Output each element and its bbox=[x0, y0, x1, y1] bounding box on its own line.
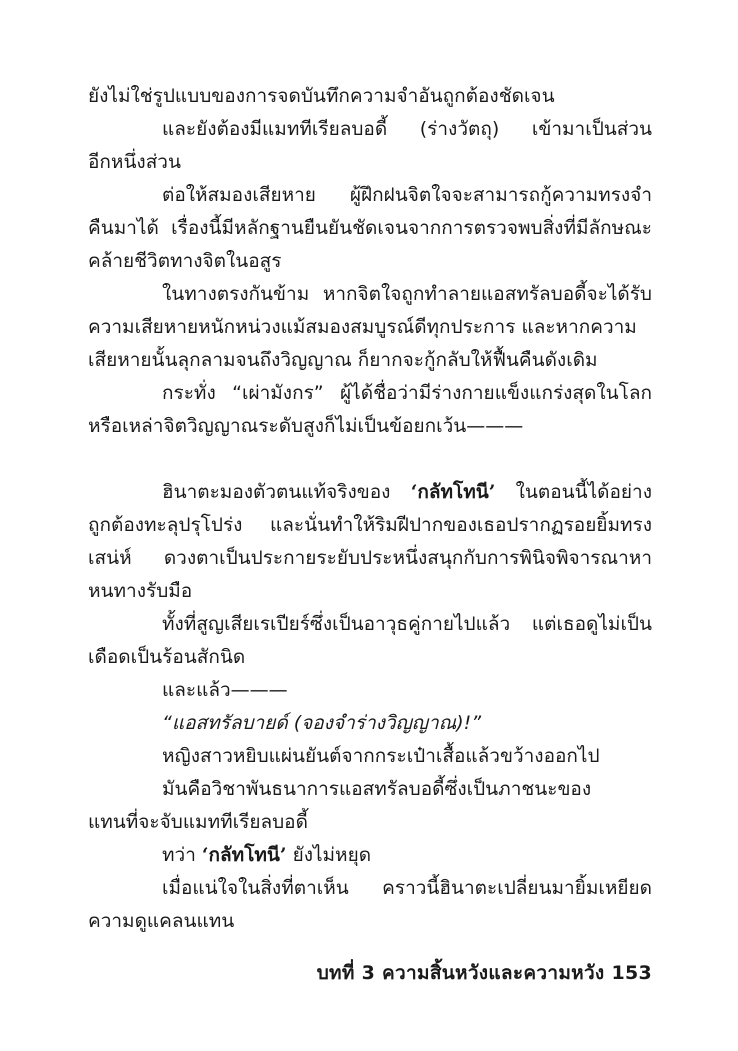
text-line: อีกหนึ่งส่วน bbox=[88, 146, 652, 179]
text-segment: ในตอนนี้ได้อย่าง bbox=[495, 481, 652, 503]
text-line: ความดูแคลนแทน bbox=[88, 905, 652, 938]
paragraph-start: ในทางตรงกันข้าม หากจิตใจถูกทำลายแอสทรัลบ… bbox=[88, 278, 652, 311]
text-line: แทนที่จะจับแมททีเรียลบอดี้ bbox=[88, 806, 652, 839]
page-body: ยังไม่ใช่รูปแบบของการจดบันทึกความจำอันถู… bbox=[88, 80, 652, 938]
paragraph-start: ทว่า ‘กลัทโทนี’ ยังไม่หยุด bbox=[88, 839, 652, 872]
page-number: 153 bbox=[611, 962, 652, 984]
text-line: คล้ายชีวิตทางจิตในอสูร bbox=[88, 245, 652, 278]
text-line: เสน่ห์ ดวงตาเป็นประกายระยับประหนึ่งสนุกก… bbox=[88, 542, 652, 575]
paragraph-start: ทั้งที่สูญเสียเรเปียร์ซึ่งเป็นอาวุธคู่กา… bbox=[88, 608, 652, 641]
spell-incantation: “แอสทรัลบายด์ (จองจำร่างวิญญาณ)!” bbox=[88, 707, 652, 740]
section-break bbox=[88, 443, 652, 476]
paragraph-start: ฮินาตะมองตัวตนแท้จริงของ ‘กลัทโทนี’ ในตอ… bbox=[88, 476, 652, 509]
text-line: หรือเหล่าจิตวิญญาณระดับสูงก็ไม่เป็นข้อยก… bbox=[88, 410, 652, 443]
text-segment: ยังไม่หยุด bbox=[287, 844, 372, 866]
character-name: ‘กลัทโทนี’ bbox=[411, 481, 496, 503]
text-line: เสียหายนั้นลุกลามจนถึงวิญญาณ ก็ยากจะกู้ก… bbox=[88, 344, 652, 377]
text-segment: ฮินาตะมองตัวตนแท้จริงของ bbox=[162, 481, 411, 503]
text-line: หนทางรับมือ bbox=[88, 575, 652, 608]
paragraph-start: ต่อให้สมองเสียหาย ผู้ฝึกฝนจิตใจจะสามารถก… bbox=[88, 179, 652, 212]
text-line: ความเสียหายหนักหน่วงแม้สมองสมบูรณ์ดีทุกป… bbox=[88, 311, 652, 344]
text-line: ยังไม่ใช่รูปแบบของการจดบันทึกความจำอันถู… bbox=[88, 80, 652, 113]
paragraph-start: และแล้ว——— bbox=[88, 674, 652, 707]
character-name: ‘กลัทโทนี’ bbox=[202, 844, 287, 866]
paragraph-start: เมื่อแน่ใจในสิ่งที่ตาเห็น คราวนี้ฮินาตะเ… bbox=[88, 872, 652, 905]
text-line: ถูกต้องทะลุปรุโปร่ง และนั่นทำให้ริมฝีปาก… bbox=[88, 509, 652, 542]
text-segment: ทว่า bbox=[162, 844, 202, 866]
paragraph-start: และยังต้องมีแมททีเรียลบอดี้ (ร่างวัตถุ) … bbox=[88, 113, 652, 146]
text-line: คืนมาได้ เรื่องนี้มีหลักฐานยืนยันชัดเจนจ… bbox=[88, 212, 652, 245]
page-footer: บทที่ 3 ความสิ้นหวังและความหวัง 153 bbox=[300, 958, 652, 988]
paragraph-start: หญิงสาวหยิบแผ่นยันต์จากกระเป๋าเสื้อแล้วข… bbox=[88, 740, 652, 773]
paragraph-start: กระทั่ง “เผ่ามังกร” ผู้ได้ชื่อว่ามีร่างก… bbox=[88, 377, 652, 410]
text-line: เดือดเป็นร้อนสักนิด bbox=[88, 641, 652, 674]
chapter-title: บทที่ 3 ความสิ้นหวังและความหวัง bbox=[317, 962, 605, 984]
paragraph-start: มันคือวิชาพันธนาการแอสทรัลบอดี้ซึ่งเป็นภ… bbox=[88, 773, 652, 806]
